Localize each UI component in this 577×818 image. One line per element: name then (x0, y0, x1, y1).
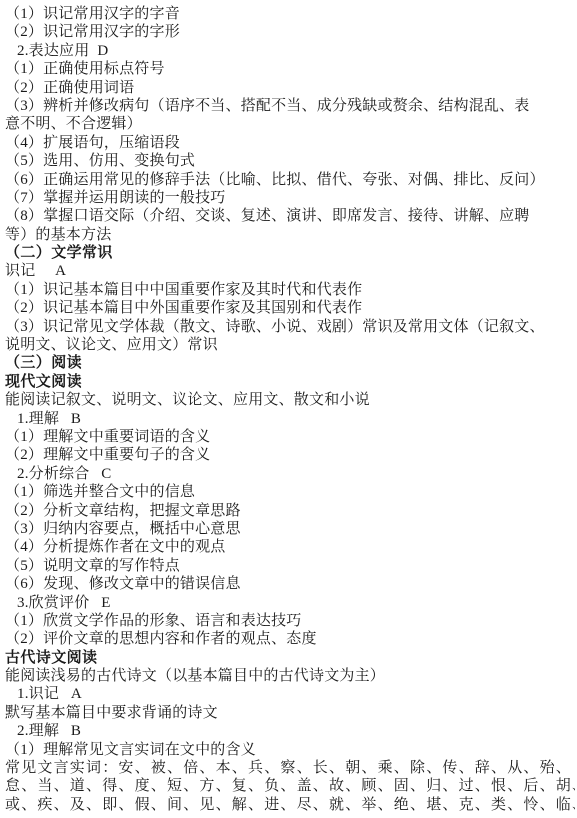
document-page: （1）识记常用汉字的字音 （2）识记常用汉字的字形 2.表达应用 D （1）正确… (0, 0, 577, 818)
numbered-item-expression-application: 2.表达应用 D (5, 42, 575, 60)
numbered-item-comprehension: 1.理解 B (5, 410, 575, 428)
numbered-item-appreciation-evaluation: 3.欣赏评价 E (5, 594, 575, 612)
outline-text: 能阅读浅易的古代诗文（以基本篇目中的古代诗文为主） (5, 667, 575, 685)
numbered-item-analysis-synthesis: 2.分析综合 C (5, 465, 575, 483)
outline-item: （2）分析文章结构，把握文章思路 (5, 502, 575, 520)
classical-word-list-line: 怠、当、道、得、度、短、方、复、负、盖、故、顾、固、归、过、恨、后、胡、 (5, 777, 575, 795)
outline-item: （1）理解常见文言实词在文中的含义 (5, 741, 575, 759)
section-heading-literary-knowledge: （二）文学常识 (5, 244, 575, 262)
outline-item: （1）识记基本篇目中中国重要作家及其时代和代表作 (5, 281, 575, 299)
outline-item: （2）评价文章的思想内容和作者的观点、态度 (5, 630, 575, 648)
classical-word-list-line: 或、疾、及、即、假、间、见、解、进、尽、就、举、绝、堪、克、类、怜、临、 (5, 796, 575, 814)
outline-item: （2）理解文中重要句子的含义 (5, 446, 575, 464)
outline-item: （3）辨析并修改病句（语序不当、搭配不当、成分残缺或赘余、结构混乱、表 (5, 97, 575, 115)
outline-item: （3）归纳内容要点，概括中心意思 (5, 520, 575, 538)
outline-item: （4）扩展语句，压缩语段 (5, 134, 575, 152)
outline-item: （8）掌握口语交际（介绍、交谈、复述、演讲、即席发言、接待、讲解、应聘 (5, 207, 575, 225)
outline-text: 默写基本篇目中要求背诵的诗文 (5, 704, 575, 722)
outline-item: （1）筛选并整合文中的信息 (5, 483, 575, 501)
outline-item-continuation: 等）的基本方法 (5, 226, 575, 244)
numbered-item-lijie: 2.理解 B (5, 722, 575, 740)
outline-item: （1）正确使用标点符号 (5, 60, 575, 78)
outline-item: （6）正确运用常见的修辞手法（比喻、比拟、借代、夸张、对偶、排比、反问） (5, 171, 575, 189)
subheading-modern-text-reading: 现代文阅读 (5, 373, 575, 391)
outline-item: （7）掌握并运用朗读的一般技巧 (5, 189, 575, 207)
outline-item: （5）说明文章的写作特点 (5, 557, 575, 575)
outline-item: （1）理解文中重要词语的含义 (5, 428, 575, 446)
outline-item: （2）识记基本篇目中外国重要作家及其国别和代表作 (5, 299, 575, 317)
classical-word-list-line: 常见文言实词：安、被、倍、本、兵、察、长、朝、乘、除、传、辞、从、殆、 (5, 759, 575, 777)
outline-item: （1）欣赏文学作品的形象、语言和表达技巧 (5, 612, 575, 630)
section-heading-reading: （三）阅读 (5, 354, 575, 372)
numbered-item-shiji: 1.识记 A (5, 685, 575, 703)
outline-item: （1）识记常用汉字的字音 (5, 5, 575, 23)
outline-item: （6）发现、修改文章中的错误信息 (5, 575, 575, 593)
outline-item: （2）正确使用词语 (5, 79, 575, 97)
outline-item: （2）识记常用汉字的字形 (5, 23, 575, 41)
outline-item: （4）分析提炼作者在文中的观点 (5, 538, 575, 556)
grade-line-shiji-a: 识记 A (5, 262, 575, 280)
subheading-ancient-poetry-reading: 古代诗文阅读 (5, 649, 575, 667)
outline-item: （3）识记常见文学体裁（散文、诗歌、小说、戏剧）常识及常用文体（记叙文、 (5, 318, 575, 336)
outline-item: （5）选用、仿用、变换句式 (5, 152, 575, 170)
outline-item-continuation: 意不明、不合逻辑） (5, 115, 575, 133)
outline-item-continuation: 说明文、议论文、应用文）常识 (5, 336, 575, 354)
outline-text: 能阅读记叙文、说明文、议论文、应用文、散文和小说 (5, 391, 575, 409)
